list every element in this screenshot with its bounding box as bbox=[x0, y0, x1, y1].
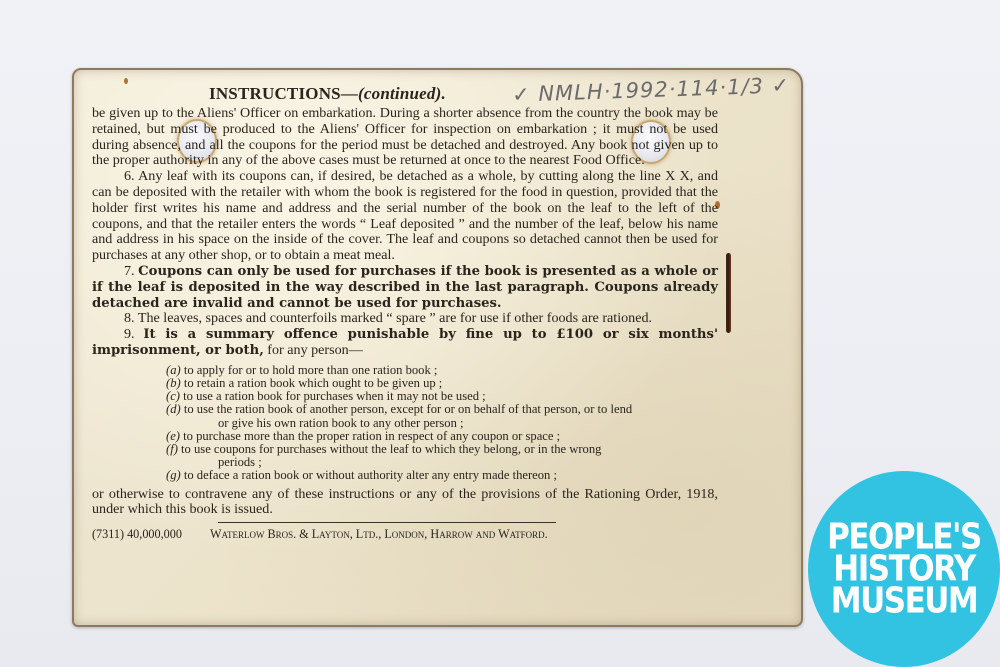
peoples-history-museum-logo: PEOPLE'S HISTORY MUSEUM bbox=[808, 471, 1000, 667]
ration-book-card: INSTRUCTIONS—(continued). ✓ NMLH·1992·11… bbox=[72, 68, 803, 627]
offence-item: (d) to use the ration book of another pe… bbox=[166, 403, 718, 416]
instructions-body: be given up to the Aliens' Officer on em… bbox=[92, 106, 718, 543]
offences-list: (a) to apply for or to hold more than on… bbox=[92, 364, 718, 483]
paragraph-8: 8. The leaves, spaces and counterfoils m… bbox=[92, 311, 718, 327]
paragraph-7-number: 7. bbox=[124, 263, 135, 279]
heading-continued: (continued). bbox=[358, 84, 446, 103]
closing-paragraph: or otherwise to contravene any of these … bbox=[92, 487, 718, 519]
paragraph-9-number: 9. bbox=[124, 326, 135, 342]
paragraph-5-continued: be given up to the Aliens' Officer on em… bbox=[92, 106, 718, 169]
print-code: (7311) 40,000,000 bbox=[92, 527, 182, 543]
paragraph-9-rest: for any person— bbox=[264, 342, 363, 358]
offence-item: (g) to deface a ration book or without a… bbox=[166, 469, 718, 482]
logo-line-3: MUSEUM bbox=[831, 583, 978, 620]
heading-main: INSTRUCTIONS— bbox=[209, 84, 358, 103]
rust-staple-mark bbox=[726, 253, 731, 333]
paragraph-7: 7. Coupons can only be used for purchase… bbox=[92, 264, 718, 311]
printer-imprint: (7311) 40,000,000 Waterlow Bros. & Layto… bbox=[92, 527, 718, 543]
divider-rule bbox=[218, 522, 556, 523]
printer-name: Waterlow Bros. & Layton, Ltd., London, H… bbox=[210, 527, 548, 543]
paragraph-9: 9. It is a summary offence punishable by… bbox=[92, 327, 718, 359]
paragraph-9-bold: It is a summary offence punishable by fi… bbox=[92, 327, 718, 358]
paragraph-6: 6. Any leaf with its coupons can, if des… bbox=[92, 169, 718, 264]
paragraph-7-text: Coupons can only be used for purchases i… bbox=[92, 264, 718, 311]
